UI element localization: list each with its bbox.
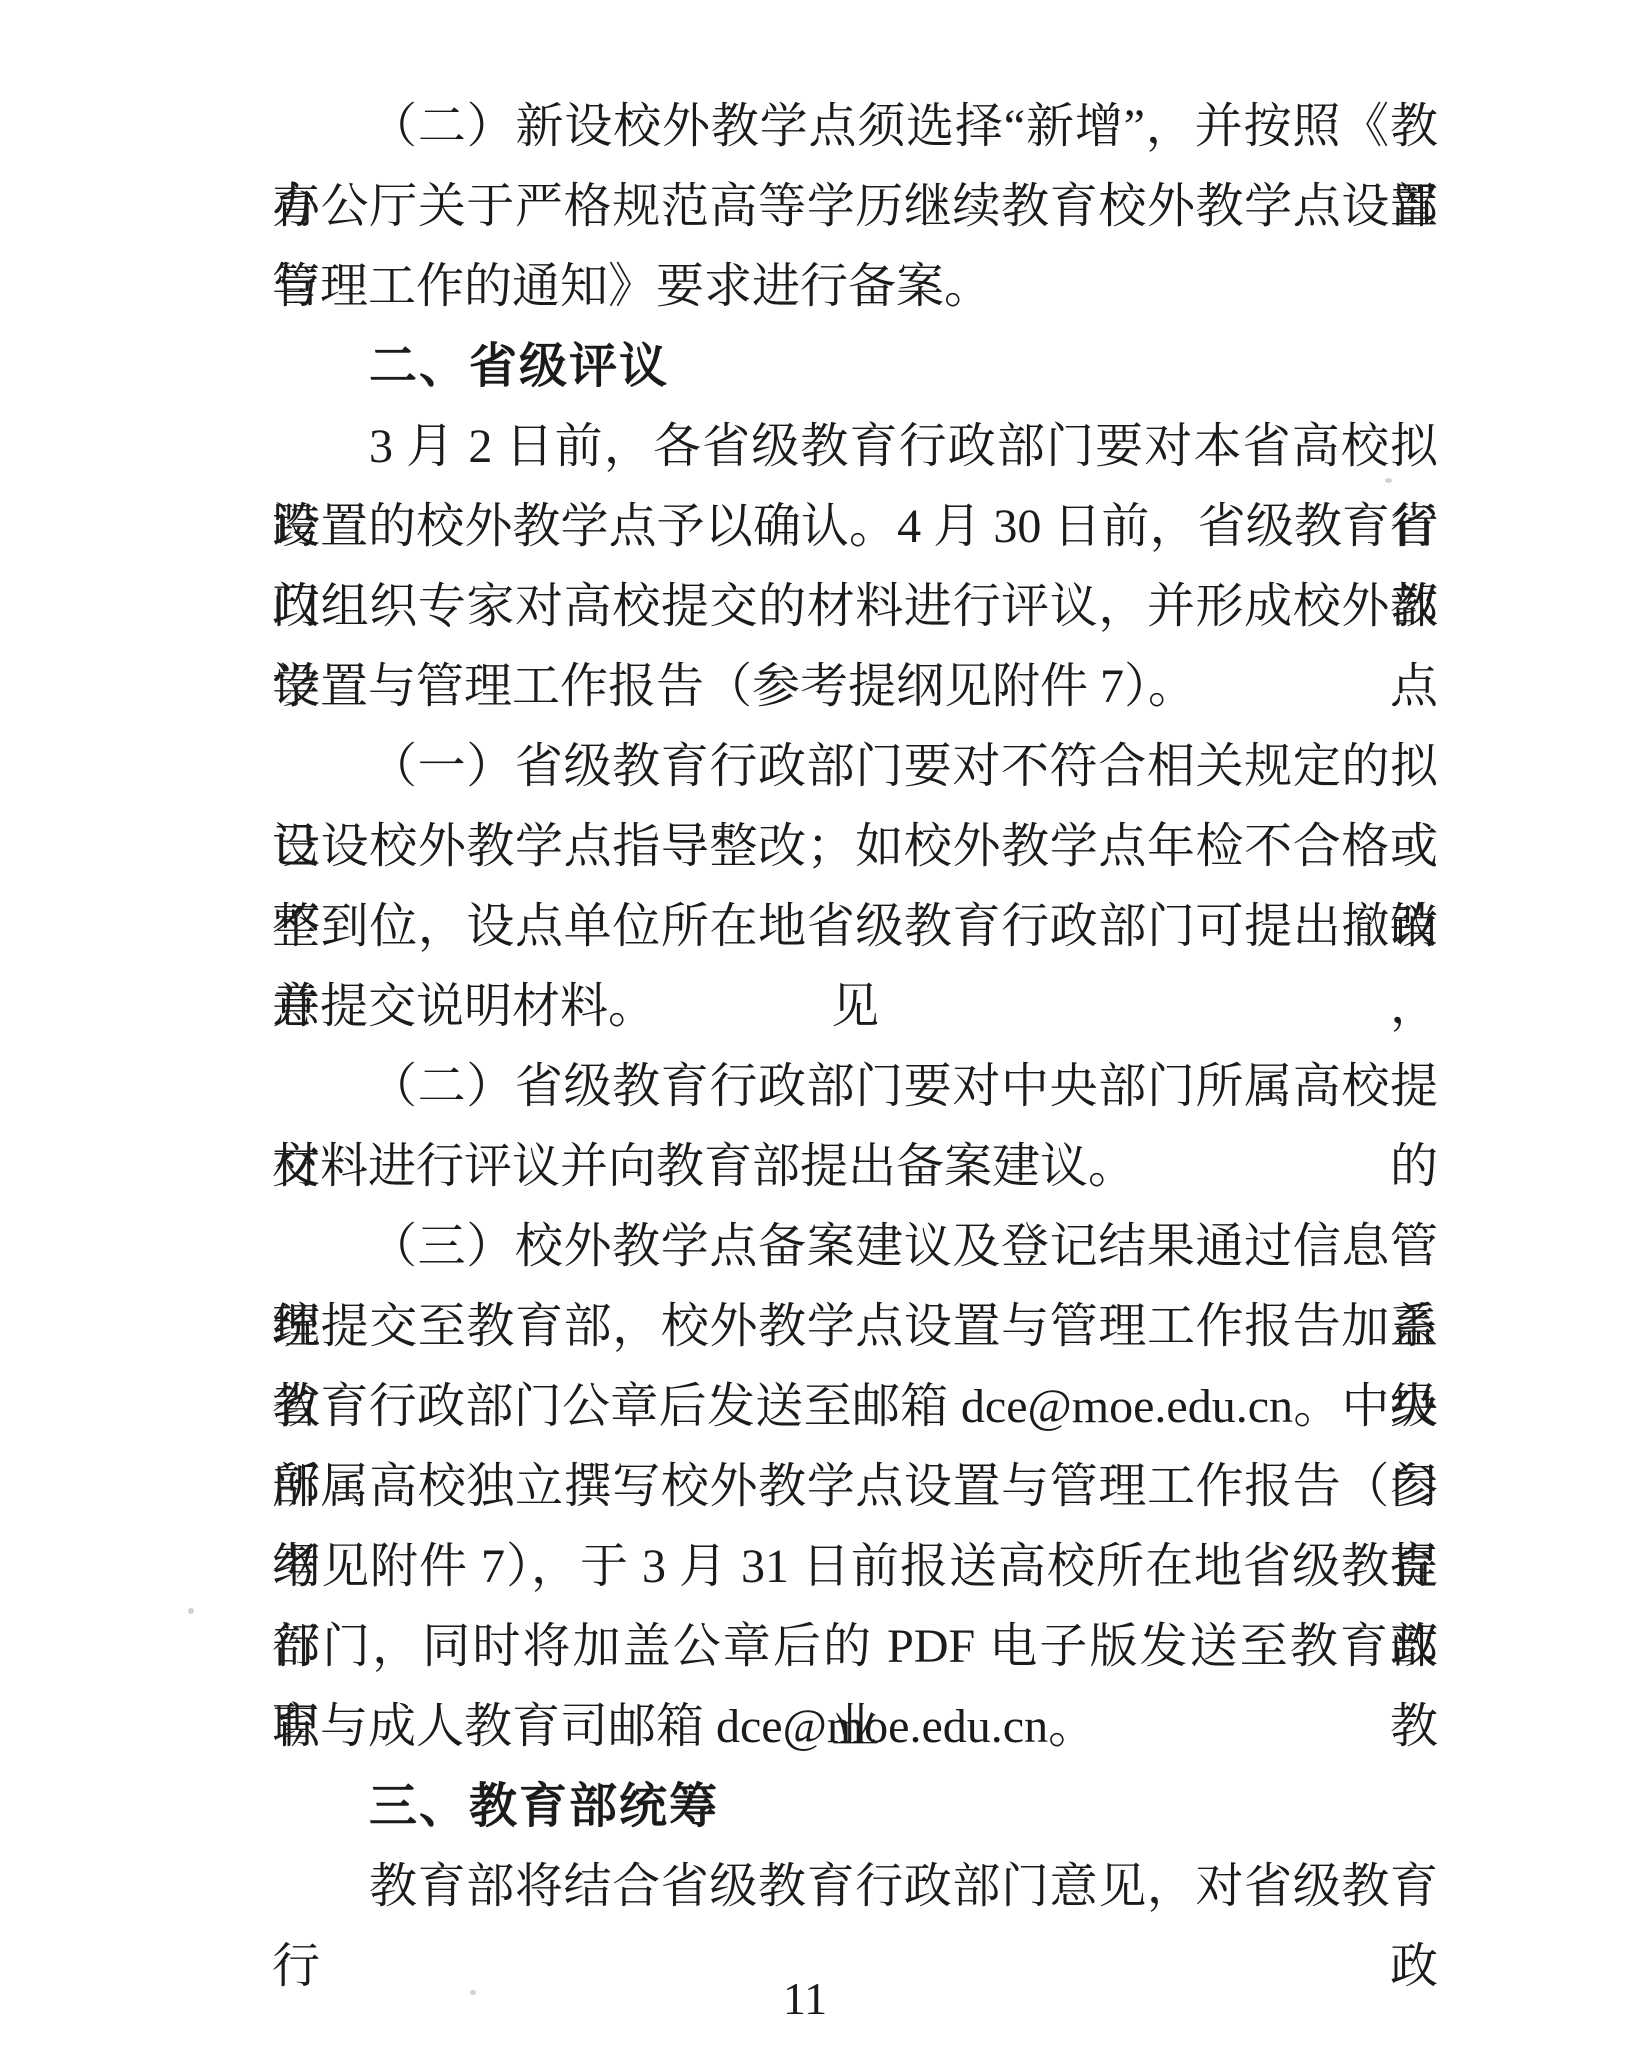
text-line: 统提交至教育部，校外教学点设置与管理工作报告加盖省级 <box>272 1287 1438 1367</box>
text-line: 办公厅关于严格规范高等学历继续教育校外教学点设置与 <box>272 167 1438 247</box>
section-heading: 三、教育部统筹 <box>272 1767 1438 1847</box>
text-line: （二）新设校外教学点须选择“新增”，并按照《教育部 <box>272 87 1438 167</box>
text-line: 不到位，设点单位所在地省级教育行政部门可提出撤销意见， <box>272 887 1438 967</box>
text-line: 3 月 2 日前，各省级教育行政部门要对本省高校拟跨省 <box>272 407 1438 487</box>
text-line: 纲见附件 7），于 3 月 31 日前报送高校所在地省级教育行政 <box>272 1527 1438 1607</box>
text-line: 所属高校独立撰写校外教学点设置与管理工作报告（参考提 <box>272 1447 1438 1527</box>
section-heading: 二、省级评议 <box>272 327 1438 407</box>
page-number: 11 <box>0 1972 1610 2025</box>
text-line: 部门，同时将加盖公章后的 PDF 电子版发送至教育部职业教 <box>272 1607 1438 1687</box>
text-line: 设置的校外教学点予以确认。4 月 30 日前，省级教育行政部 <box>272 487 1438 567</box>
text-line: 门组织专家对高校提交的材料进行评议，并形成校外教学点 <box>272 567 1438 647</box>
document-page: （二）新设校外教学点须选择“新增”，并按照《教育部 办公厅关于严格规范高等学历继… <box>0 0 1650 2070</box>
text-line: （三）校外教学点备案建议及登记结果通过信息管理系 <box>272 1207 1438 1287</box>
text-line: 教育部将结合省级教育行政部门意见，对省级教育行政 <box>272 1847 1438 1927</box>
scan-artifact <box>188 1608 194 1614</box>
text-line: 已设校外教学点指导整改；如校外教学点年检不合格或整改 <box>272 807 1438 887</box>
text-line: （一）省级教育行政部门要对不符合相关规定的拟设或 <box>272 727 1438 807</box>
text-line: （二）省级教育行政部门要对中央部门所属高校提交的 <box>272 1047 1438 1127</box>
scan-artifact <box>470 1990 476 1995</box>
scan-artifact <box>1385 478 1392 483</box>
text-line: 教育行政部门公章后发送至邮箱 dce@moe.edu.cn。中央部门 <box>272 1367 1438 1447</box>
document-text-block: （二）新设校外教学点须选择“新增”，并按照《教育部 办公厅关于严格规范高等学历继… <box>272 87 1438 1927</box>
text-line: 管理工作的通知》要求进行备案。 <box>272 247 1438 327</box>
